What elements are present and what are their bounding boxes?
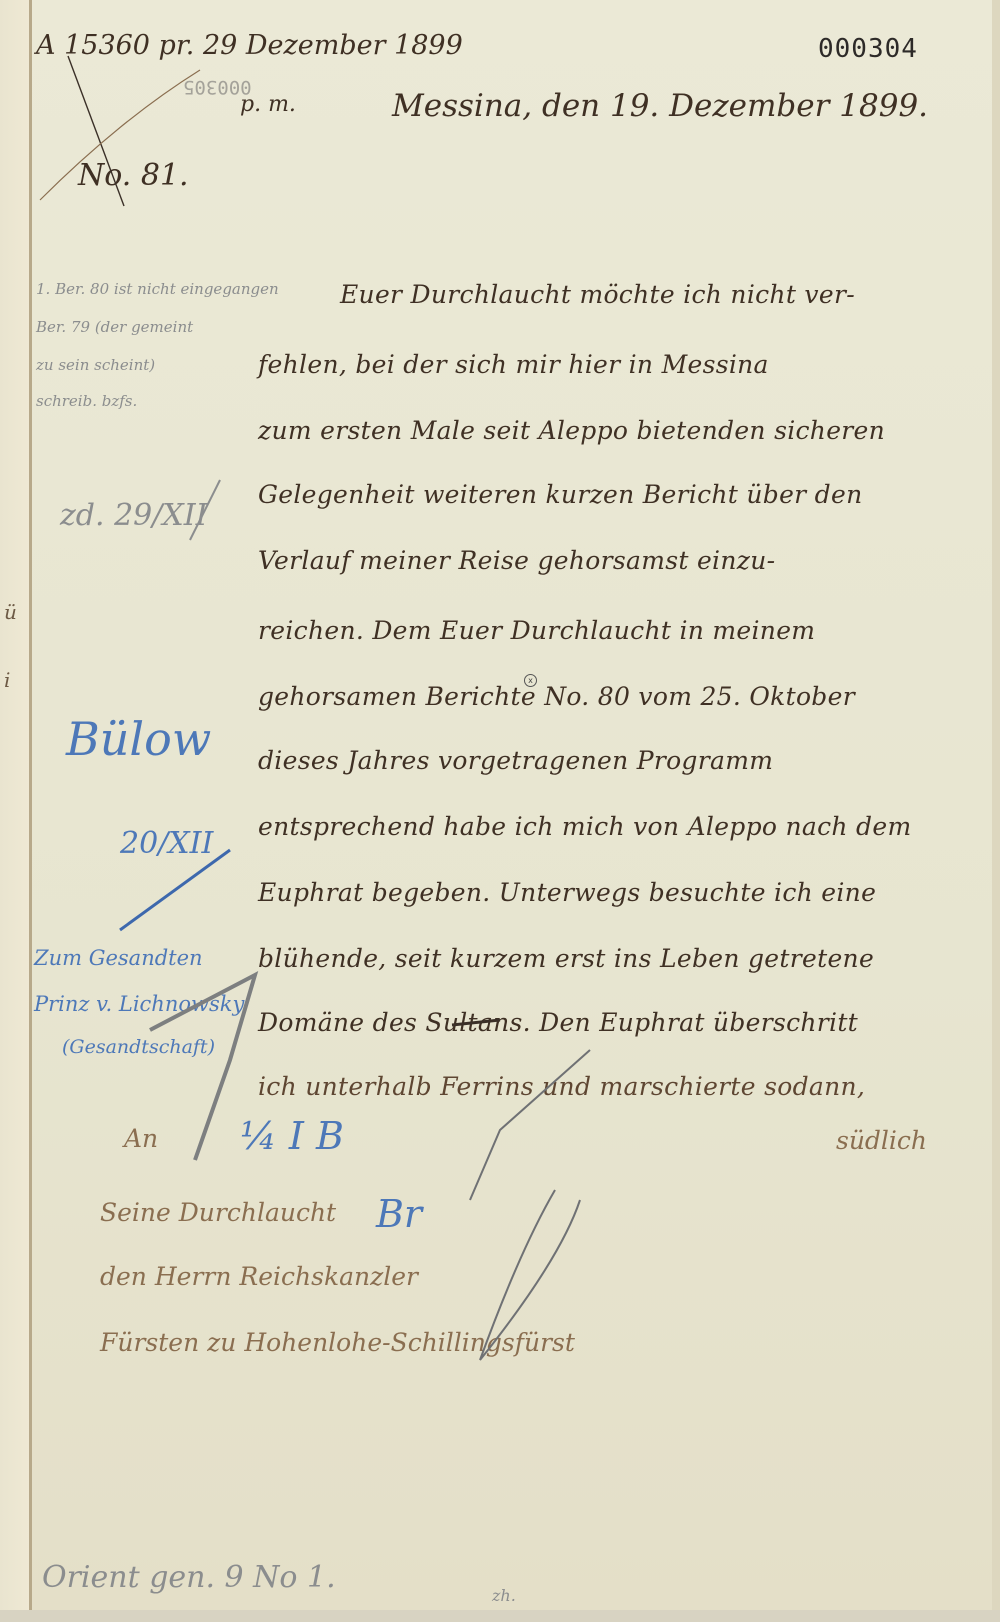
curved-stroke-icon (40, 70, 200, 200)
ink-dash-icon (452, 1020, 500, 1025)
annotation-strokes (0, 0, 1000, 1622)
pencil-mark-icon (150, 975, 255, 1160)
pencil-loop-icon (480, 1190, 580, 1360)
blue-underline-icon (120, 850, 230, 930)
scan-bottom-edge (0, 1610, 1000, 1622)
